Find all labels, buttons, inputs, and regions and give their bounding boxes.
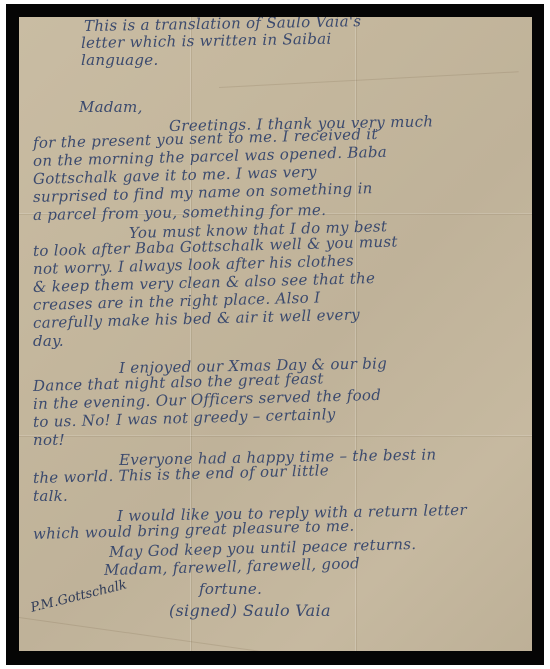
header-note-line: language. (81, 51, 159, 69)
fold-line (19, 435, 532, 436)
margin-signature: P.M.Gottschalk (29, 577, 128, 615)
salutation: Madam, (79, 98, 143, 116)
header-note-line: letter which is written in Saibai (81, 30, 332, 52)
body-line: not! (33, 431, 65, 449)
paper-crease (219, 71, 519, 88)
body-line: day. (33, 332, 64, 350)
paper-crease (19, 617, 316, 651)
body-line: talk. (33, 487, 68, 505)
body-line: the world. This is the end of our little (33, 461, 329, 487)
letter-paper: This is a translation of Saulo Vaia's le… (19, 17, 532, 651)
body-line: fortune. (199, 580, 262, 598)
closing-signature: (signed) Saulo Vaia (169, 601, 331, 620)
